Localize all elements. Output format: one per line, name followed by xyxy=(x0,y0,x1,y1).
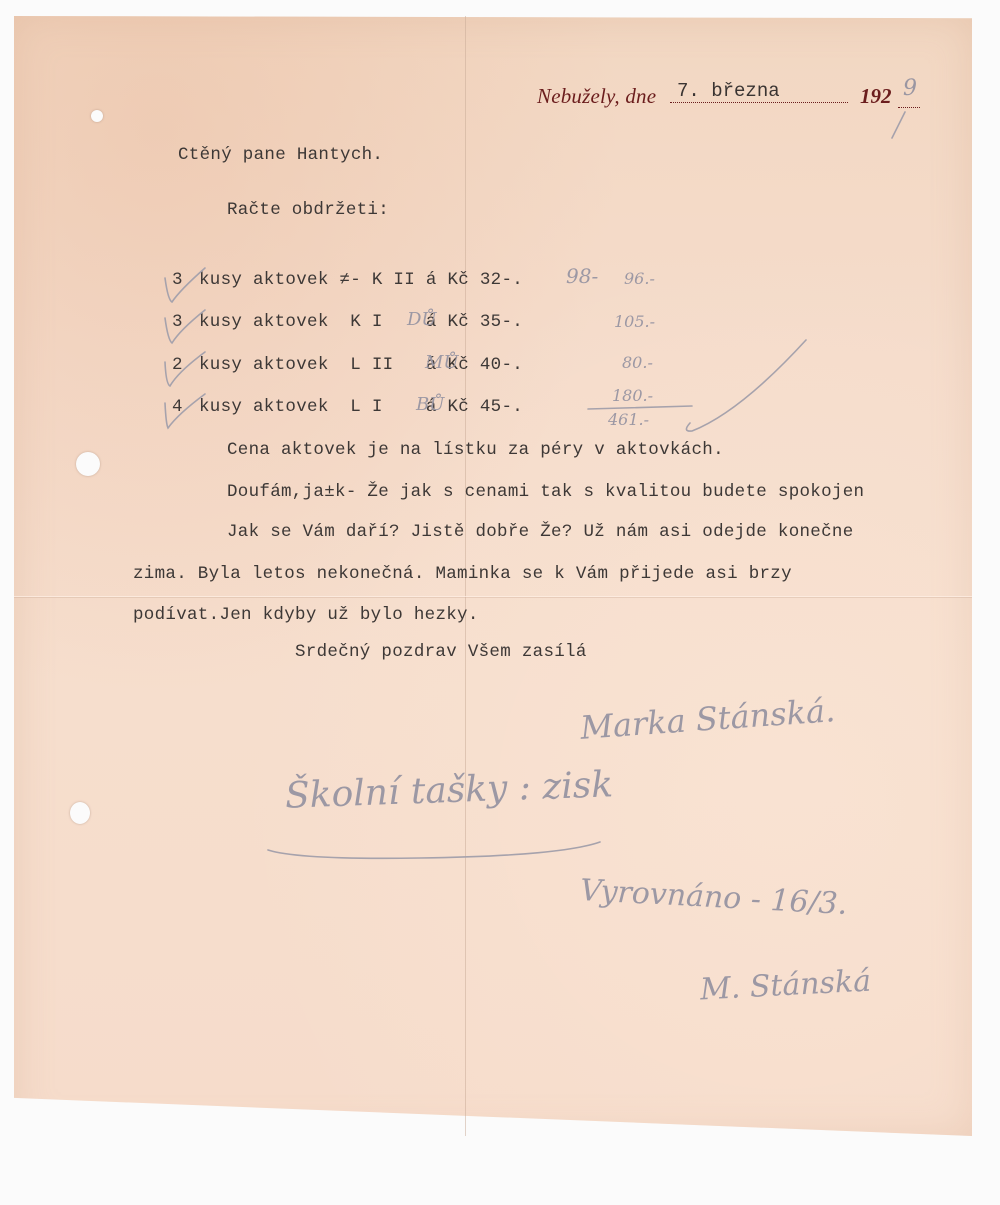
sum-line xyxy=(588,406,692,409)
large-checkmark-icon xyxy=(686,340,806,431)
underline-stroke xyxy=(268,842,600,858)
checkmark-icon xyxy=(165,352,205,386)
checkmark-icon xyxy=(165,394,205,428)
year-strike xyxy=(892,112,905,138)
checkmark-icon xyxy=(165,268,205,302)
checkmark-icon xyxy=(165,310,205,343)
pencil-marks xyxy=(0,0,1000,1205)
